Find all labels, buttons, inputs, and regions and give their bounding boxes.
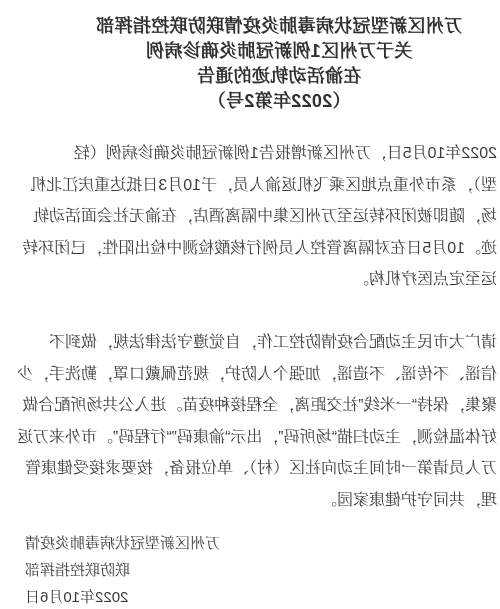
body-text-line: 万人员请第一时间主动向社区（村）、单位报备，按要求接受健康管 bbox=[16, 453, 497, 485]
body-text-line: 聚集，保持“一米线”社交距离，全程接种疫苗。进入公共场所配合做 bbox=[16, 390, 497, 422]
paragraph-case-report: 2022年10月5日，万州区新增报告1例新冠肺炎确诊病例（轻 型），系市外重点地… bbox=[16, 138, 497, 296]
body-text-line: 型），系市外重点地区乘飞机返渝人员，于10月3日抵达重庆江北机 bbox=[16, 170, 497, 202]
mirrored-content: 万州区新型冠状病毒肺炎疫情联防联控指挥部 关于万州区1例新冠肺炎确诊病例 在渝活… bbox=[0, 0, 500, 609]
body-text-line: 理，共同守护健康家园。 bbox=[16, 485, 497, 517]
signature-line: 2022年10月6日 bbox=[25, 584, 497, 609]
notice-page: 万州区新型冠状病毒肺炎疫情联防联控指挥部 关于万州区1例新冠肺炎确诊病例 在渝活… bbox=[0, 0, 500, 609]
notice-title-line: 关于万州区1例新冠肺炎确诊病例 bbox=[61, 39, 497, 64]
body-text-line: 请广大市民主动配合疫情防控工作，自觉遵守法律法规，做到不 bbox=[16, 327, 497, 359]
body-text-line: 2022年10月5日，万州区新增报告1例新冠肺炎确诊病例（轻 bbox=[16, 138, 497, 170]
body-text-line: 好体温检测，主动扫描“场所码”，出示“渝康码”“行程码”。市外来万返 bbox=[16, 422, 497, 454]
signature-line: 联防联控指挥部 bbox=[25, 557, 497, 584]
notice-title-line: 在渝活动轨迹的通告 bbox=[61, 64, 497, 89]
notice-title-line: 万州区新型冠状病毒肺炎疫情联防联控指挥部 bbox=[61, 14, 497, 39]
body-text-line: 迹。10月5日在对隔离管控人员例行核酸检测中检出阳性，已闭环转 bbox=[16, 233, 497, 265]
body-text-line: 信谣、不传谣、不造谣，加强个人防护，规范佩戴口罩，勤洗手，少 bbox=[16, 359, 497, 391]
signature-block: 万州区新型冠状病毒肺炎疫情 联防联控指挥部 2022年10月6日 bbox=[16, 530, 497, 609]
paragraph-public-advice: 请广大市民主动配合疫情防控工作，自觉遵守法律法规，做到不 信谣、不传谣、不造谣，… bbox=[16, 327, 497, 516]
signature-line: 万州区新型冠状病毒肺炎疫情 bbox=[25, 530, 497, 557]
body-text-line: 场，随即被闭环转运至万州区集中隔离酒店，在渝无社会面活动轨 bbox=[16, 201, 497, 233]
body-text-line: 运至定点医疗机构。 bbox=[16, 264, 497, 296]
notice-document: 万州区新型冠状病毒肺炎疫情联防联控指挥部 关于万州区1例新冠肺炎确诊病例 在渝活… bbox=[0, 0, 500, 609]
notice-title-line: （2022年第2号） bbox=[61, 89, 497, 114]
notice-title: 万州区新型冠状病毒肺炎疫情联防联控指挥部 关于万州区1例新冠肺炎确诊病例 在渝活… bbox=[61, 14, 497, 114]
